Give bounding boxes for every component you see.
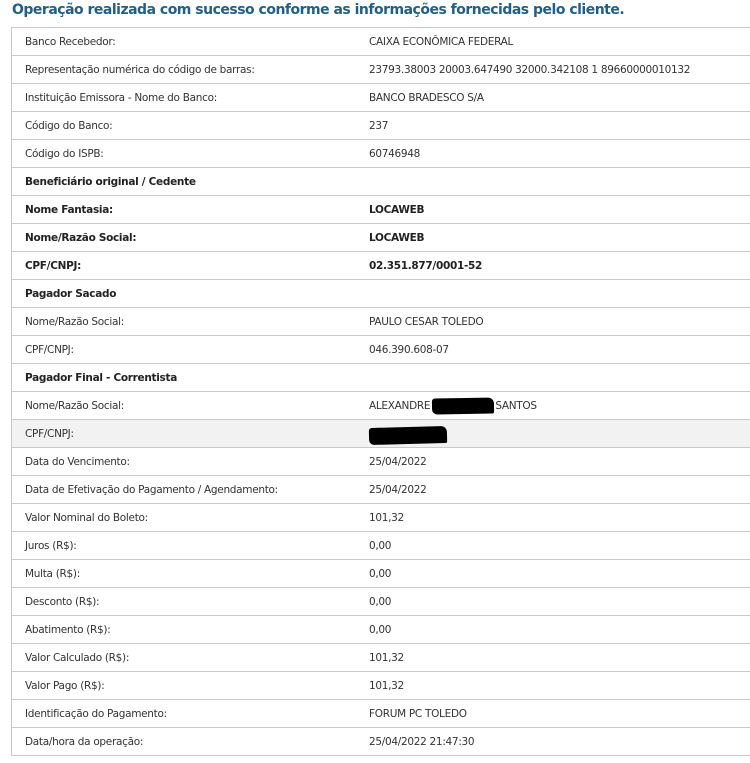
field-value: 046.390.608-07 bbox=[369, 344, 750, 356]
row-beneficiario-razao-social: Nome/Razão Social: LOCAWEB bbox=[12, 224, 750, 252]
field-value: FORUM PC TOLEDO bbox=[369, 708, 750, 720]
section-pagador-final: Pagador Final - Correntista bbox=[12, 364, 750, 392]
section-heading: Pagador Sacado bbox=[12, 288, 369, 300]
field-label: Identificação do Pagamento: bbox=[12, 708, 369, 720]
name-prefix: ALEXANDRE bbox=[369, 400, 430, 412]
row-codigo-banco: Código do Banco: 237 bbox=[12, 112, 750, 140]
row-nome-fantasia: Nome Fantasia: LOCAWEB bbox=[12, 196, 750, 224]
row-abatimento: Abatimento (R$): 0,00 bbox=[12, 616, 750, 644]
field-value: PAULO CESAR TOLEDO bbox=[369, 316, 750, 328]
field-value: 60746948 bbox=[369, 148, 750, 160]
field-value: 02.351.877/0001-52 bbox=[369, 260, 750, 272]
section-beneficiario: Beneficiário original / Cedente bbox=[12, 168, 750, 196]
field-label: CPF/CNPJ: bbox=[12, 428, 369, 440]
field-label: Código do Banco: bbox=[12, 120, 369, 132]
field-value: 25/04/2022 bbox=[369, 484, 750, 496]
field-label: CPF/CNPJ: bbox=[12, 344, 369, 356]
field-value: 101,32 bbox=[369, 652, 750, 664]
row-codigo-ispb: Código do ISPB: 60746948 bbox=[12, 140, 750, 168]
row-data-hora-operacao: Data/hora da operação: 25/04/2022 21:47:… bbox=[12, 728, 750, 756]
field-value bbox=[369, 423, 750, 444]
field-label: Instituição Emissora - Nome do Banco: bbox=[12, 92, 369, 104]
field-value: 25/04/2022 bbox=[369, 456, 750, 468]
success-message: Operação realizada com sucesso conforme … bbox=[12, 2, 624, 18]
field-value: 0,00 bbox=[369, 624, 750, 636]
field-value: CAIXA ECONÔMICA FEDERAL bbox=[369, 36, 750, 48]
field-label: Representação numérica do código de barr… bbox=[12, 64, 369, 76]
field-label: CPF/CNPJ: bbox=[12, 260, 369, 272]
field-label: Multa (R$): bbox=[12, 568, 369, 580]
row-correntista-cpf: CPF/CNPJ: bbox=[12, 420, 750, 448]
field-value: 25/04/2022 21:47:30 bbox=[369, 736, 750, 748]
row-data-vencimento: Data do Vencimento: 25/04/2022 bbox=[12, 448, 750, 476]
field-value: LOCAWEB bbox=[369, 204, 750, 216]
field-label: Juros (R$): bbox=[12, 540, 369, 552]
row-multa: Multa (R$): 0,00 bbox=[12, 560, 750, 588]
field-value: 101,32 bbox=[369, 680, 750, 692]
field-label: Código do ISPB: bbox=[12, 148, 369, 160]
field-label: Data/hora da operação: bbox=[12, 736, 369, 748]
field-label: Valor Calculado (R$): bbox=[12, 652, 369, 664]
receipt-table: Banco Recebedor: CAIXA ECONÔMICA FEDERAL… bbox=[11, 27, 750, 756]
row-sacado-cpf: CPF/CNPJ: 046.390.608-07 bbox=[12, 336, 750, 364]
redaction-mark bbox=[369, 426, 447, 445]
field-label: Nome Fantasia: bbox=[12, 204, 369, 216]
field-label: Nome/Razão Social: bbox=[12, 232, 369, 244]
row-identificacao-pagamento: Identificação do Pagamento: FORUM PC TOL… bbox=[12, 700, 750, 728]
field-value: BANCO BRADESCO S/A bbox=[369, 92, 750, 104]
field-label: Abatimento (R$): bbox=[12, 624, 369, 636]
name-suffix: SANTOS bbox=[495, 400, 536, 412]
section-pagador-sacado: Pagador Sacado bbox=[12, 280, 750, 308]
row-juros: Juros (R$): 0,00 bbox=[12, 532, 750, 560]
row-data-efetivacao: Data de Efetivação do Pagamento / Agenda… bbox=[12, 476, 750, 504]
row-beneficiario-cnpj: CPF/CNPJ: 02.351.877/0001-52 bbox=[12, 252, 750, 280]
field-label: Nome/Razão Social: bbox=[12, 316, 369, 328]
row-valor-calculado: Valor Calculado (R$): 101,32 bbox=[12, 644, 750, 672]
field-label: Banco Recebedor: bbox=[12, 36, 369, 48]
row-correntista-razao-social: Nome/Razão Social: ALEXANDRE SANTOS bbox=[12, 392, 750, 420]
field-value: 23793.38003 20003.647490 32000.342108 1 … bbox=[369, 64, 750, 76]
field-value: 0,00 bbox=[369, 568, 750, 580]
field-value: 0,00 bbox=[369, 540, 750, 552]
section-heading: Pagador Final - Correntista bbox=[12, 372, 369, 384]
row-sacado-razao-social: Nome/Razão Social: PAULO CESAR TOLEDO bbox=[12, 308, 750, 336]
row-codigo-barras: Representação numérica do código de barr… bbox=[12, 56, 750, 84]
field-value: LOCAWEB bbox=[369, 232, 750, 244]
field-label: Nome/Razão Social: bbox=[12, 400, 369, 412]
row-desconto: Desconto (R$): 0,00 bbox=[12, 588, 750, 616]
field-value: 0,00 bbox=[369, 596, 750, 608]
section-heading: Beneficiário original / Cedente bbox=[12, 176, 369, 188]
field-value: 101,32 bbox=[369, 512, 750, 524]
field-label: Valor Pago (R$): bbox=[12, 680, 369, 692]
redaction-mark bbox=[432, 397, 494, 414]
row-valor-pago: Valor Pago (R$): 101,32 bbox=[12, 672, 750, 700]
field-label: Desconto (R$): bbox=[12, 596, 369, 608]
field-label: Data de Efetivação do Pagamento / Agenda… bbox=[12, 484, 369, 496]
field-value: 237 bbox=[369, 120, 750, 132]
row-instituicao-emissora: Instituição Emissora - Nome do Banco: BA… bbox=[12, 84, 750, 112]
field-label: Data do Vencimento: bbox=[12, 456, 369, 468]
field-label: Valor Nominal do Boleto: bbox=[12, 512, 369, 524]
field-value: ALEXANDRE SANTOS bbox=[369, 398, 750, 414]
row-valor-nominal: Valor Nominal do Boleto: 101,32 bbox=[12, 504, 750, 532]
row-banco-recebedor: Banco Recebedor: CAIXA ECONÔMICA FEDERAL bbox=[12, 28, 750, 56]
